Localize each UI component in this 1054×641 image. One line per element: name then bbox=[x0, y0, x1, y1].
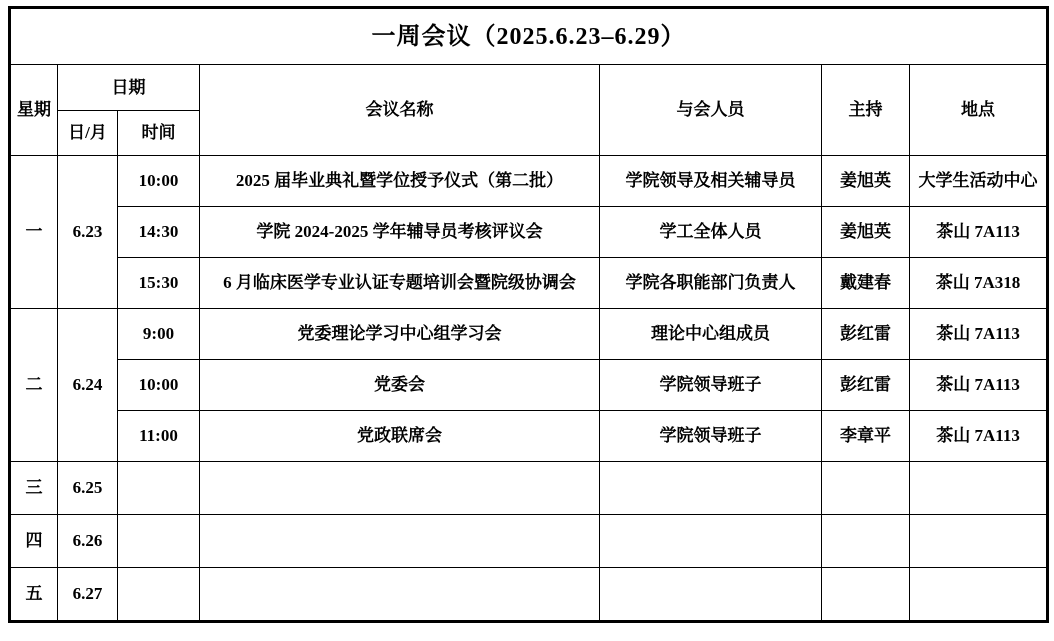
cell-host bbox=[822, 568, 910, 622]
cell-time bbox=[118, 462, 200, 515]
cell-host bbox=[822, 462, 910, 515]
cell-meeting-name: 学院 2024-2025 学年辅导员考核评议会 bbox=[200, 207, 600, 258]
table-row: 二 6.24 9:00 党委理论学习中心组学习会 理论中心组成员 彭红雷 茶山 … bbox=[10, 309, 1048, 360]
header-location: 地点 bbox=[910, 65, 1048, 156]
cell-location: 茶山 7A113 bbox=[910, 309, 1048, 360]
cell-meeting-name bbox=[200, 568, 600, 622]
cell-host: 戴建春 bbox=[822, 258, 910, 309]
header-weekday: 星期 bbox=[10, 65, 58, 156]
table-row: 三 6.25 bbox=[10, 462, 1048, 515]
title-row: 一周会议（2025.6.23–6.29） bbox=[10, 8, 1048, 65]
cell-meeting-name bbox=[200, 462, 600, 515]
cell-time: 15:30 bbox=[118, 258, 200, 309]
cell-location: 茶山 7A318 bbox=[910, 258, 1048, 309]
cell-participants bbox=[600, 568, 822, 622]
table-row: 11:00 党政联席会 学院领导班子 李章平 茶山 7A113 bbox=[10, 411, 1048, 462]
cell-date: 6.27 bbox=[58, 568, 118, 622]
page-title: 一周会议（2025.6.23–6.29） bbox=[10, 8, 1048, 65]
table-row: 14:30 学院 2024-2025 学年辅导员考核评议会 学工全体人员 姜旭英… bbox=[10, 207, 1048, 258]
cell-participants: 学院领导班子 bbox=[600, 411, 822, 462]
cell-participants: 学院领导班子 bbox=[600, 360, 822, 411]
cell-host: 姜旭英 bbox=[822, 156, 910, 207]
cell-participants: 学院领导及相关辅导员 bbox=[600, 156, 822, 207]
header-day-month: 日/月 bbox=[58, 111, 118, 156]
cell-weekday: 二 bbox=[10, 309, 58, 462]
table-row: 10:00 党委会 学院领导班子 彭红雷 茶山 7A113 bbox=[10, 360, 1048, 411]
cell-meeting-name: 2025 届毕业典礼暨学位授予仪式（第二批） bbox=[200, 156, 600, 207]
cell-location bbox=[910, 462, 1048, 515]
cell-location: 茶山 7A113 bbox=[910, 411, 1048, 462]
document-page: 一周会议（2025.6.23–6.29） 星期 日期 会议名称 与会人员 主持 … bbox=[0, 0, 1054, 641]
cell-meeting-name bbox=[200, 515, 600, 568]
cell-time bbox=[118, 515, 200, 568]
header-host: 主持 bbox=[822, 65, 910, 156]
table-row: 15:30 6 月临床医学专业认证专题培训会暨院级协调会 学院各职能部门负责人 … bbox=[10, 258, 1048, 309]
cell-meeting-name: 6 月临床医学专业认证专题培训会暨院级协调会 bbox=[200, 258, 600, 309]
cell-host: 姜旭英 bbox=[822, 207, 910, 258]
cell-participants: 学院各职能部门负责人 bbox=[600, 258, 822, 309]
cell-date: 6.24 bbox=[58, 309, 118, 462]
cell-participants bbox=[600, 515, 822, 568]
cell-time: 10:00 bbox=[118, 360, 200, 411]
cell-host: 李章平 bbox=[822, 411, 910, 462]
cell-date: 6.26 bbox=[58, 515, 118, 568]
cell-meeting-name: 党委会 bbox=[200, 360, 600, 411]
cell-time: 9:00 bbox=[118, 309, 200, 360]
cell-time: 11:00 bbox=[118, 411, 200, 462]
cell-host bbox=[822, 515, 910, 568]
cell-date: 6.25 bbox=[58, 462, 118, 515]
header-date-group: 日期 bbox=[58, 65, 200, 111]
cell-weekday: 三 bbox=[10, 462, 58, 515]
cell-time: 14:30 bbox=[118, 207, 200, 258]
cell-location bbox=[910, 515, 1048, 568]
cell-location: 茶山 7A113 bbox=[910, 360, 1048, 411]
cell-participants bbox=[600, 462, 822, 515]
header-time: 时间 bbox=[118, 111, 200, 156]
cell-meeting-name: 党委理论学习中心组学习会 bbox=[200, 309, 600, 360]
header-meeting-name: 会议名称 bbox=[200, 65, 600, 156]
cell-location: 茶山 7A113 bbox=[910, 207, 1048, 258]
cell-weekday: 四 bbox=[10, 515, 58, 568]
table-row: 五 6.27 bbox=[10, 568, 1048, 622]
table-row: 一 6.23 10:00 2025 届毕业典礼暨学位授予仪式（第二批） 学院领导… bbox=[10, 156, 1048, 207]
header-row: 星期 日期 会议名称 与会人员 主持 地点 bbox=[10, 65, 1048, 111]
cell-location bbox=[910, 568, 1048, 622]
cell-participants: 学工全体人员 bbox=[600, 207, 822, 258]
cell-host: 彭红雷 bbox=[822, 360, 910, 411]
cell-location: 大学生活动中心 bbox=[910, 156, 1048, 207]
cell-participants: 理论中心组成员 bbox=[600, 309, 822, 360]
cell-time: 10:00 bbox=[118, 156, 200, 207]
cell-time bbox=[118, 568, 200, 622]
cell-weekday: 一 bbox=[10, 156, 58, 309]
weekly-meeting-table: 一周会议（2025.6.23–6.29） 星期 日期 会议名称 与会人员 主持 … bbox=[8, 6, 1049, 623]
table-row: 四 6.26 bbox=[10, 515, 1048, 568]
cell-meeting-name: 党政联席会 bbox=[200, 411, 600, 462]
cell-weekday: 五 bbox=[10, 568, 58, 622]
cell-date: 6.23 bbox=[58, 156, 118, 309]
header-participants: 与会人员 bbox=[600, 65, 822, 156]
cell-host: 彭红雷 bbox=[822, 309, 910, 360]
